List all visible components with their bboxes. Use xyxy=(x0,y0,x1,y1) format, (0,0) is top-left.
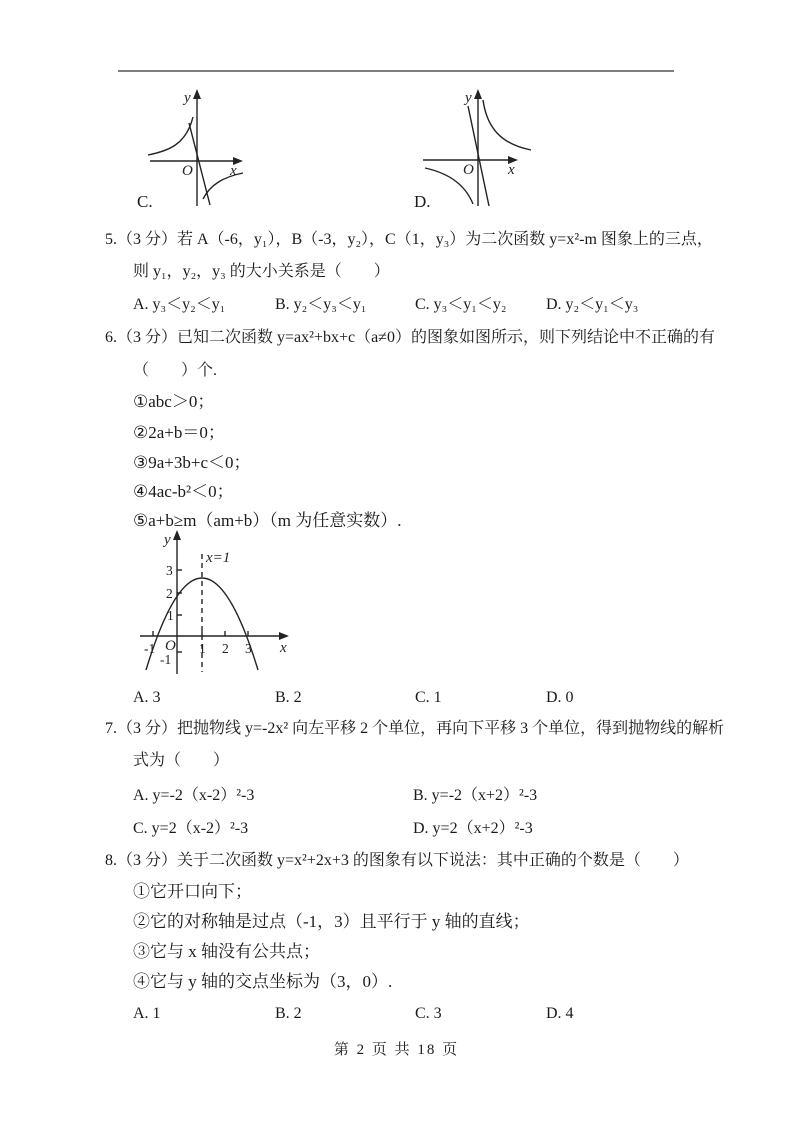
q6-option-a: A. 3 xyxy=(133,688,161,708)
q6-option-d: D. 0 xyxy=(546,688,574,708)
q8-statement-1: ①它开口向下； xyxy=(133,882,252,902)
origin-label: O xyxy=(182,163,193,179)
question-5-line-2: 则 y₁，y₂，y₃ 的大小关系是（ ） xyxy=(133,262,390,282)
x-axis-label: x xyxy=(229,163,237,179)
q5-option-b: B. y₂＜y₃＜y₁ xyxy=(275,295,366,315)
q8-statement-3: ③它与 x 轴没有公共点； xyxy=(133,942,320,962)
y-axis-label: y xyxy=(463,90,472,106)
q5-option-d: D. y₂＜y₁＜y₃ xyxy=(546,295,638,315)
q8-option-b: B. 2 xyxy=(275,1004,302,1024)
y-axis-arrow xyxy=(474,89,482,99)
q6-option-c: C. 1 xyxy=(415,688,442,708)
question-6-line-2: （ ）个. xyxy=(133,361,217,381)
option-d-graph: y x O xyxy=(413,86,543,208)
q6-statement-3: ③9a+3b+c＜0； xyxy=(133,453,251,473)
q7-option-c: C. y=2（x-2）²-3 xyxy=(133,819,248,839)
option-c-graph: y x O xyxy=(140,86,270,208)
symmetry-label: x=1 xyxy=(205,550,230,566)
question-5-line-1: 5.（3 分）若 A（-6，y₁），B（-3，y₂），C（1，y₃）为二次函数 … xyxy=(105,230,713,250)
hyperbola-branch-q1 xyxy=(483,100,531,150)
question-6-line-1: 6.（3 分）已知二次函数 y=ax²+bx+c（a≠0）的图象如图所示，则下列… xyxy=(105,328,715,348)
x-tick-label-3: 3 xyxy=(245,641,252,656)
y-tick-label-1: 1 xyxy=(167,608,174,623)
q5-option-c: C. y₃＜y₁＜y₂ xyxy=(415,295,506,315)
y-tick-label-3: 3 xyxy=(166,563,173,578)
x-tick-label-1: 1 xyxy=(199,641,206,656)
x-tick-label-neg1: -1 xyxy=(144,641,155,656)
q8-option-d: D. 4 xyxy=(546,1004,574,1024)
option-d-label: D. xyxy=(414,192,431,212)
q7-option-b: B. y=-2（x+2）²-3 xyxy=(413,786,537,806)
q6-statement-4: ④4ac-b²＜0； xyxy=(133,482,234,502)
hyperbola-branch-q2 xyxy=(148,117,193,155)
q8-option-c: C. 3 xyxy=(415,1004,442,1024)
y-axis-arrow xyxy=(173,530,181,540)
question-7-line-1: 7.（3 分）把抛物线 y=-2x² 向左平移 2 个单位，再向下平移 3 个单… xyxy=(105,719,724,739)
y-tick-label-neg1: -1 xyxy=(160,652,171,667)
option-c-label: C. xyxy=(137,192,153,212)
header-rule xyxy=(118,70,674,72)
q7-option-d: D. y=2（x+2）²-3 xyxy=(413,819,533,839)
x-axis-label: x xyxy=(507,162,515,178)
q8-statement-2: ②它的对称轴是过点（-1，3）且平行于 y 轴的直线； xyxy=(133,912,530,932)
q8-option-a: A. 1 xyxy=(133,1004,161,1024)
y-axis-label: y xyxy=(182,90,191,106)
q6-option-b: B. 2 xyxy=(275,688,302,708)
y-tick-label-2: 2 xyxy=(166,586,173,601)
q8-statement-4: ④它与 y 轴的交点坐标为（3，0）. xyxy=(133,972,392,992)
x-tick-label-2: 2 xyxy=(222,641,229,656)
q6-statement-1: ①abc＞0； xyxy=(133,392,214,412)
q6-statement-2: ②2a+b＝0； xyxy=(133,423,225,443)
page-number-footer: 第 2 页 共 18 页 xyxy=(0,1038,793,1059)
q7-option-a: A. y=-2（x-2）²-3 xyxy=(133,786,254,806)
exam-page: y x O C. y x O D. 5.（3 分）若 A（-6，y₁），B（-3… xyxy=(0,0,793,1122)
y-axis-arrow xyxy=(193,89,201,99)
question-7-line-2: 式为（ ） xyxy=(133,751,229,771)
question-8-line-1: 8.（3 分）关于二次函数 y=x²+2x+3 的图象有以下说法：其中正确的个数… xyxy=(105,851,689,871)
origin-label: O xyxy=(463,162,474,178)
q5-option-a: A. y₃＜y₂＜y₁ xyxy=(133,295,225,315)
y-axis-label: y xyxy=(162,532,171,548)
hyperbola-branch-q4 xyxy=(203,173,243,199)
question-6-parabola-graph: y x O x=1 -1 1 2 3 3 2 1 -1 xyxy=(138,528,293,676)
x-axis-label: x xyxy=(279,640,287,656)
x-axis-arrow xyxy=(279,632,289,640)
